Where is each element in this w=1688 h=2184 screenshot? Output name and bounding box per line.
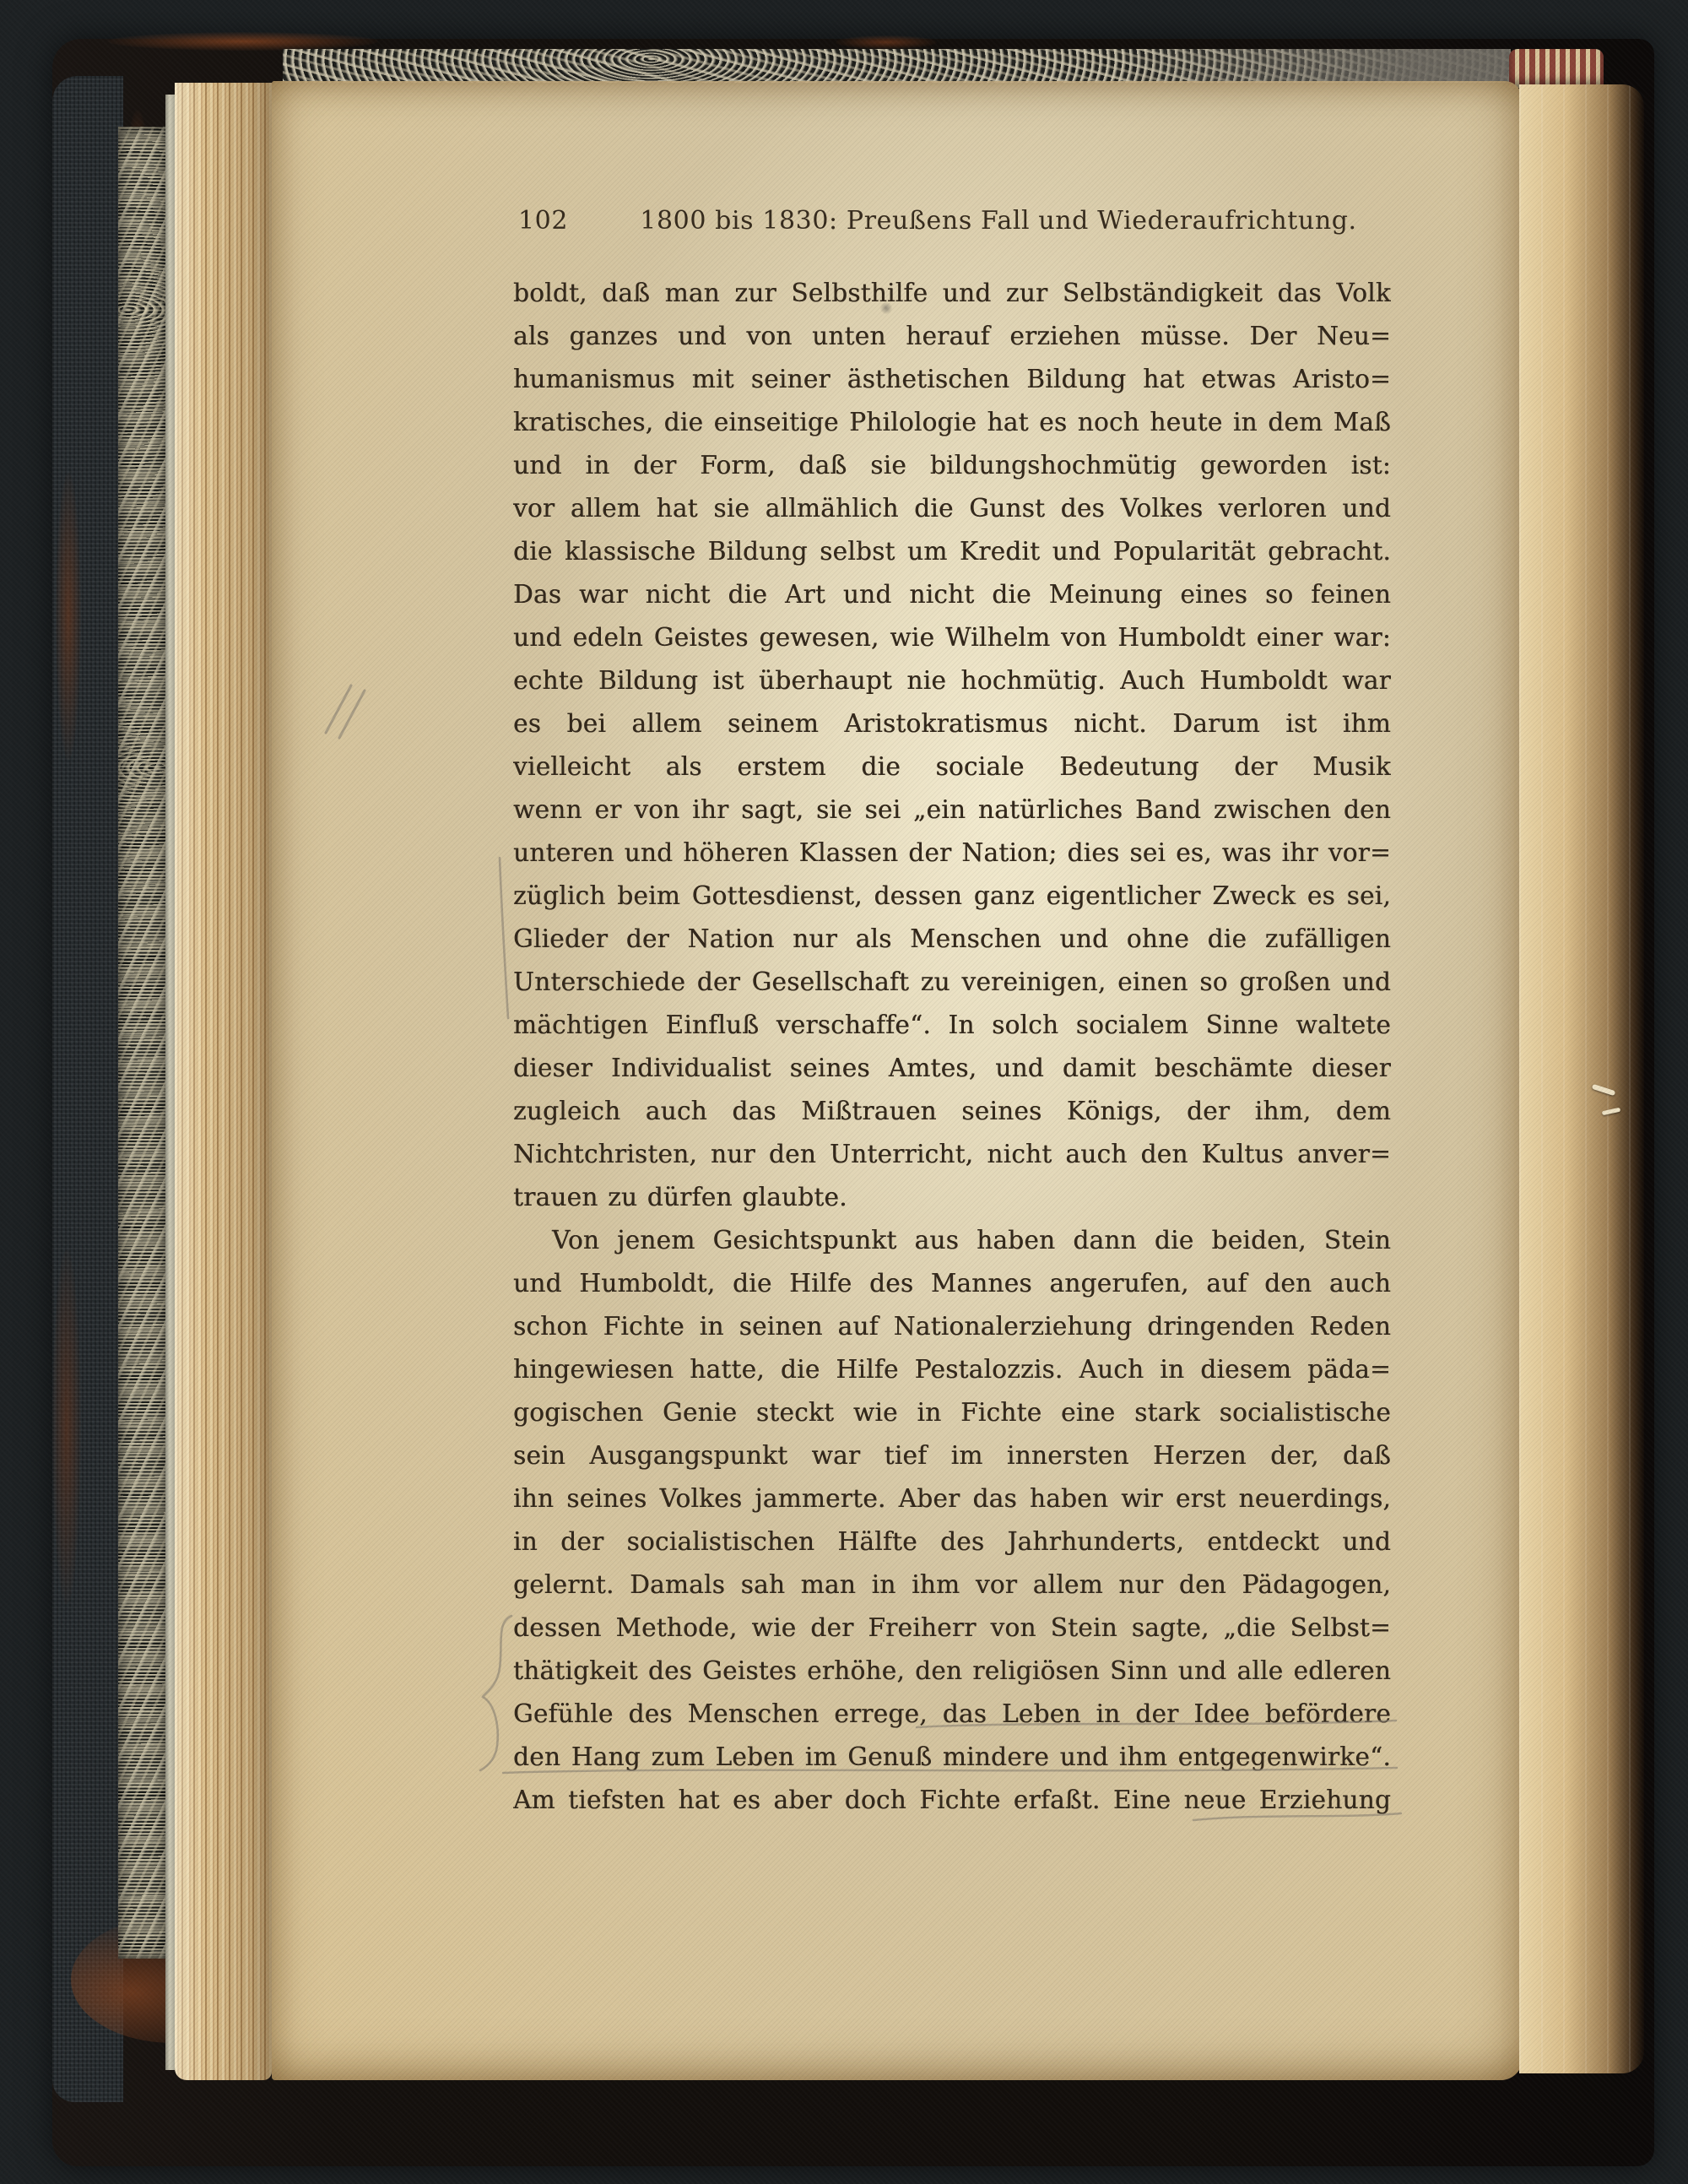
text-line: und Humboldt, die Hilfe des Mannes anger… — [513, 1262, 1391, 1305]
text-line: mächtigen Einfluß verschaffe“. In solch … — [513, 1004, 1391, 1047]
text-line: hingewiesen hatte, die Hilfe Pestalozzis… — [513, 1348, 1391, 1391]
text-line: thätigkeit des Geistes erhöhe, den relig… — [513, 1650, 1391, 1693]
text-line: kratisches, die einseitige Philologie ha… — [513, 401, 1391, 444]
text-line: Glieder der Nation nur als Menschen und … — [513, 918, 1391, 961]
text-line: und in der Form, daß sie bildungshochmüt… — [513, 444, 1391, 487]
text-line: die klassische Bildung selbst um Kredit … — [513, 530, 1391, 573]
marbled-top-edge — [283, 49, 1511, 83]
text-line: es bei allem seinem Aristokratismus nich… — [513, 702, 1391, 745]
spine-headband — [1509, 49, 1604, 88]
text-line: zugleich auch das Mißtrauen seines König… — [513, 1090, 1391, 1133]
text-line: als ganzes und von unten herauf erziehen… — [513, 315, 1391, 358]
text-line: echte Bildung ist überhaupt nie hochmüti… — [513, 659, 1391, 702]
text-line: dessen Methode, wie der Freiherr von Ste… — [513, 1607, 1391, 1650]
text-line: Das war nicht die Art und nicht die Mein… — [513, 573, 1391, 616]
body-text: boldt, daß man zur Selbsthilfe und zur S… — [513, 272, 1391, 1822]
page-number: 102 — [518, 203, 568, 240]
text-line: unteren und höheren Klassen der Nation; … — [513, 832, 1391, 875]
cover-cloth-texture — [52, 76, 123, 2102]
embossed-cover-strip — [118, 127, 167, 1959]
text-line: und edeln Geistes gewesen, wie Wilhelm v… — [513, 616, 1391, 659]
page-edge-stack — [175, 83, 272, 2080]
flyleaf-edge — [165, 95, 175, 2070]
text-line: boldt, daß man zur Selbsthilfe und zur S… — [513, 272, 1391, 315]
text-line: Am tiefsten hat es aber doch Fichte erfa… — [513, 1779, 1391, 1822]
page-gutter — [1519, 84, 1644, 2073]
photographed-book-scan: 102 1800 bis 1830: Preußens Fall und Wie… — [0, 0, 1688, 2184]
text-line: dieser Individualist seines Amtes, und d… — [513, 1047, 1391, 1090]
text-line: ihn seines Volkes jammerte. Aber das hab… — [513, 1477, 1391, 1520]
text-line: gelernt. Damals sah man in ihm vor allem… — [513, 1563, 1391, 1607]
text-line: schon Fichte in seinen auf Nationalerzie… — [513, 1305, 1391, 1348]
text-line: Von jenem Gesichtspunkt aus haben dann d… — [513, 1219, 1391, 1262]
text-line: Unterschiede der Gesellschaft zu vereini… — [513, 961, 1391, 1004]
text-line: Nichtchristen, nur den Unterricht, nicht… — [513, 1133, 1391, 1176]
text-line: züglich beim Gottesdienst, dessen ganz e… — [513, 875, 1391, 918]
text-line: gogischen Genie steckt wie in Fichte ein… — [513, 1391, 1391, 1434]
text-line: wenn er von ihr sagt, sie sei „ein natür… — [513, 789, 1391, 832]
text-line: in der socialistischen Hälfte des Jahrhu… — [513, 1520, 1391, 1563]
running-head: 102 1800 bis 1830: Preußens Fall und Wie… — [513, 203, 1391, 240]
text-line: sein Ausgangspunkt war tief im innersten… — [513, 1434, 1391, 1477]
text-line: vielleicht als erstem die sociale Bedeut… — [513, 745, 1391, 789]
text-line: Gefühle des Menschen errege, das Leben i… — [513, 1693, 1391, 1736]
text-line: den Hang zum Leben im Genuß mindere und … — [513, 1736, 1391, 1779]
text-line: trauen zu dürfen glaubte. — [513, 1176, 1391, 1219]
text-line: vor allem hat sie allmählich die Gunst d… — [513, 487, 1391, 530]
running-title: 1800 bis 1830: Preußens Fall und Wiedera… — [513, 203, 1391, 240]
text-line: humanismus mit seiner ästhetischen Bildu… — [513, 358, 1391, 401]
